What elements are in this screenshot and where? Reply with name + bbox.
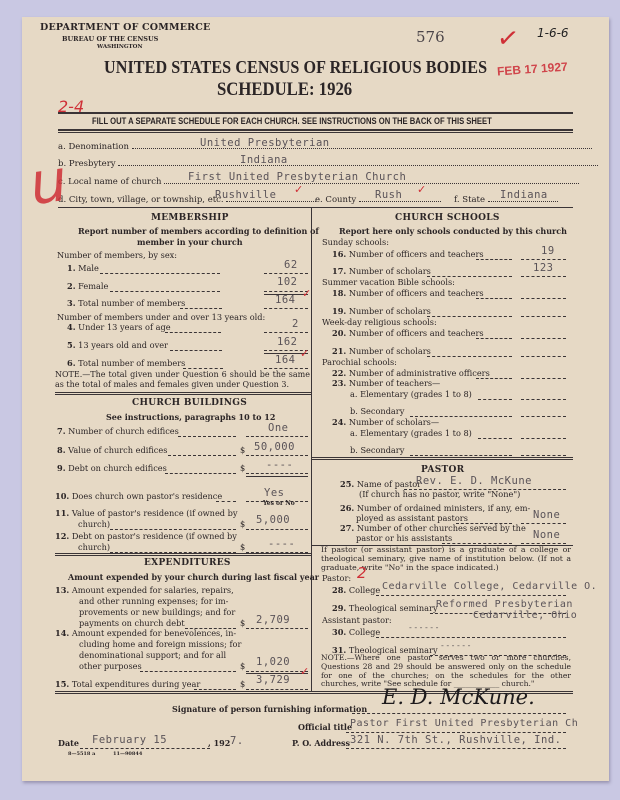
po-address-value[interactable]: 321 N. 7th St., Rushville, Ind.	[350, 734, 561, 746]
q25-pastor-name-value[interactable]: Rev. E. D. McKune	[416, 475, 532, 487]
q13-answer-line	[246, 627, 308, 629]
weekday-schools-label: Week-day religious schools:	[322, 317, 437, 327]
q30-label: 30. College	[332, 627, 380, 637]
sunday-schools-label: Sunday schools:	[322, 237, 389, 247]
q19-answer-line[interactable]	[521, 315, 566, 317]
q10-leader	[216, 500, 236, 502]
q9-dollar-sign: $	[240, 463, 245, 473]
summer-schools-label: Summer vacation Bible schools:	[322, 277, 455, 287]
q12-label-2: church)	[78, 542, 110, 552]
q13-label-2: and other running expenses; for im-	[79, 596, 228, 606]
q8-dollar-sign: $	[240, 445, 245, 455]
q17-value[interactable]: 123	[533, 262, 553, 274]
form-code-2: 11—90844	[113, 751, 142, 757]
q22-answer-line[interactable]	[521, 377, 566, 379]
q24b-leader	[410, 454, 512, 456]
q20-answer-line[interactable]	[521, 337, 566, 339]
q5-label: 5. 13 years old and over	[67, 340, 168, 350]
q1-male-value[interactable]: 62	[284, 259, 298, 271]
date-value[interactable]: February 15	[92, 734, 167, 746]
q24-label: 24. Number of scholars—	[332, 417, 439, 427]
q7-label: 7. Number of church edifices	[57, 426, 179, 436]
q29-seminary-value[interactable]: Reformed Presbyterian	[436, 599, 573, 610]
document-title: UNITED STATES CENSUS OF RELIGIOUS BODIES	[104, 57, 487, 78]
membership-subtitle-2: member in your church	[137, 237, 243, 247]
presbytery-label: b. Presbytery	[58, 157, 598, 169]
q4-label: 4. Under 13 years of age	[67, 322, 171, 332]
church-schools-subtitle: Report here only schools conducted by th…	[339, 226, 567, 236]
official-title-label: Official title	[298, 722, 352, 732]
q23a-answer-line[interactable]	[521, 398, 566, 400]
city-label: d. City, town, village, or township, etc…	[58, 193, 316, 205]
q24b-answer-line[interactable]	[521, 454, 566, 456]
q29-label: 29. Theological seminary	[332, 603, 438, 613]
q6-leader	[183, 367, 223, 369]
membership-title: MEMBERSHIP	[151, 213, 229, 223]
q8-leader	[168, 454, 236, 456]
q20-leader	[476, 337, 512, 339]
q13-label-3: provements or new buildings; and for	[79, 607, 235, 617]
q15-answer-line	[246, 688, 308, 690]
q24a-answer-line[interactable]	[521, 437, 566, 439]
q11-label-2: church)	[78, 519, 110, 529]
membership-note: NOTE.—The total given under Question 6 s…	[55, 370, 310, 390]
q28-label: 28. College	[332, 585, 380, 595]
membership-divider	[55, 392, 311, 395]
q31-seminary-value[interactable]: ------	[440, 641, 472, 650]
q7-leader	[178, 435, 236, 437]
q27-label: 27. Number of other churches served by t…	[340, 523, 526, 533]
q14-label: 14. Amount expended for benevolences, in…	[55, 628, 236, 638]
q6-answer-line	[264, 367, 308, 369]
q15-total-expenditures-value[interactable]: 3,729	[256, 674, 290, 686]
header-rule-bottom	[58, 129, 573, 131]
pencil-code: 1-6-6	[537, 26, 569, 40]
red-check-city: ✓	[294, 183, 303, 196]
q19-label: 19. Number of scholars	[332, 306, 431, 316]
membership-subtitle-1: Report number of members according to de…	[78, 226, 319, 236]
bureau-heading: BUREAU OF THE CENSUS	[62, 35, 158, 43]
church-buildings-title: CHURCH BUILDINGS	[132, 398, 247, 408]
q26-label: 26. Number of ordained ministers, if any…	[340, 503, 530, 513]
q4-leader	[165, 331, 221, 333]
q3-label: 3. Total number of members	[67, 298, 185, 308]
q21-label: 21. Number of scholars	[332, 346, 431, 356]
q3-answer-line	[264, 307, 308, 309]
q30-answer-line	[376, 636, 566, 638]
q2-female-value[interactable]: 102	[277, 276, 297, 288]
q14-label-2: cluding home and foreign missions; for	[79, 639, 241, 649]
q9-underline	[246, 476, 308, 477]
q14-label-4: other purposes	[79, 661, 142, 671]
q18-answer-line[interactable]	[521, 297, 566, 299]
q27-answer-line	[521, 542, 566, 544]
red-check-q14: ✓	[300, 665, 309, 678]
q13-label: 13. Amount expended for salaries, repair…	[55, 585, 234, 595]
official-title-value[interactable]: Pastor First United Presbyterian Ch	[350, 718, 578, 729]
expenditures-subtitle: Amount expended by your church during la…	[68, 572, 319, 582]
q8-edifice-value[interactable]: 50,000	[254, 441, 295, 453]
q2-label: 2. Female	[67, 281, 108, 291]
q3-total-value[interactable]: 164	[275, 294, 295, 306]
q18-label: 18. Number of officers and teachers	[332, 288, 484, 298]
signature[interactable]: E. D. McKune.	[382, 685, 535, 709]
official-title-line	[346, 731, 566, 733]
q15-dollar-sign: $	[240, 679, 245, 689]
q13-running-expenses-value[interactable]: 2,709	[256, 614, 290, 626]
q26-assistants-value[interactable]: None	[533, 509, 560, 521]
q9-leader	[165, 472, 236, 474]
q2-leader	[110, 290, 220, 292]
q10-label: 10. Does church own pastor's residence	[55, 491, 222, 501]
q5-leader	[170, 349, 222, 351]
q1-answer-line	[264, 272, 308, 274]
q10-residence-value[interactable]: Yes	[264, 487, 284, 499]
red-check-county: ✓	[417, 183, 426, 196]
red-mark-2: 2	[357, 564, 367, 582]
q21-leader	[427, 355, 512, 357]
q5-13-and-over-value[interactable]: 162	[277, 336, 297, 348]
q27-other-churches-value[interactable]: None	[533, 529, 560, 541]
county-value[interactable]: Rush	[375, 189, 402, 201]
q14-dollar-sign: $	[240, 661, 245, 671]
year-suffix[interactable]: 7.	[230, 735, 244, 747]
q16-label: 16. Number of officers and teachers	[332, 249, 484, 259]
q27-label-2: pastor or his assistants	[356, 533, 452, 543]
year-prefix: , 192	[208, 738, 230, 748]
q8-label: 8. Value of church edifices	[57, 445, 167, 455]
form-code-1: 8—5518 a	[68, 751, 95, 757]
q26-answer-line	[521, 522, 566, 524]
q14-leader	[140, 670, 236, 672]
buildings-divider	[55, 553, 311, 556]
q23a-label: a. Elementary (grades 1 to 8)	[350, 389, 472, 399]
q24a-leader	[478, 437, 512, 439]
header-rule-bottom-2	[58, 132, 573, 133]
q22-leader	[476, 377, 512, 379]
department-heading: DEPARTMENT OF COMMERCE	[40, 22, 210, 33]
red-check-q3: ✓	[302, 287, 311, 300]
local-name-value[interactable]: First United Presbyterian Church	[188, 171, 406, 183]
q24a-label: a. Elementary (grades 1 to 8)	[350, 428, 472, 438]
q7-edifices-value[interactable]: One	[268, 422, 288, 434]
q4-under-13-value[interactable]: 2	[292, 318, 299, 330]
q6-total-value[interactable]: 164	[275, 354, 295, 366]
q28-answer-line	[376, 594, 566, 596]
q11-label: 11. Value of pastor's residence (if owne…	[55, 508, 238, 518]
q17-answer-line	[521, 275, 566, 277]
q21-answer-line[interactable]	[521, 355, 566, 357]
schools-divider	[311, 457, 573, 460]
po-address-label: P. O. Address	[292, 738, 350, 748]
q17-label: 17. Number of scholars	[332, 266, 431, 276]
signature-line	[352, 712, 566, 714]
q9-label: 9. Debt on church edifices	[57, 463, 167, 473]
q16-answer-line	[521, 258, 566, 260]
q11-answer-line	[246, 528, 308, 530]
q18-leader	[476, 297, 512, 299]
q26-label-2: ployed as assistant pastors	[356, 513, 468, 523]
church-buildings-subtitle: See instructions, paragraphs 10 to 12	[106, 412, 275, 422]
q14-answer-line	[246, 670, 308, 672]
q11-leader	[110, 528, 236, 530]
q25-hint: (If church has no pastor, write "None")	[359, 489, 520, 499]
q22-label: 22. Number of administrative officers	[332, 368, 490, 378]
q23b-answer-line[interactable]	[521, 415, 566, 417]
q12-debt-value[interactable]: ----	[268, 538, 295, 550]
by-sex-label: Number of members, by sex:	[57, 250, 177, 260]
q7-answer-line	[246, 435, 308, 437]
date-label: Date	[58, 738, 79, 748]
pastor-label: Pastor:	[322, 573, 351, 583]
q12-label: 12. Debt on pastor's residence (if owned…	[55, 531, 237, 541]
age-label: Number of members under and over 13 year…	[57, 312, 265, 322]
q19-leader	[427, 315, 512, 317]
q29-seminary-location[interactable]: Cedarville, Ohio	[473, 610, 577, 621]
header-rule-top	[58, 112, 573, 114]
pastor-note: NOTE.—Where one pastor serves two or mor…	[321, 654, 571, 689]
q1-leader	[100, 272, 220, 274]
denomination-value[interactable]: United Presbyterian	[200, 137, 330, 149]
assistant-pastor-label: Assistant pastor:	[322, 615, 392, 625]
church-schools-title: CHURCH SCHOOLS	[395, 213, 500, 223]
section-divider-top	[58, 207, 573, 208]
po-address-line	[346, 747, 566, 749]
instructions-banner: FILL OUT A SEPARATE SCHEDULE FOR EACH CH…	[92, 116, 492, 126]
presbytery-value[interactable]: Indiana	[240, 154, 288, 166]
q3-leader	[180, 307, 222, 309]
q14-benevolences-value[interactable]: 1,020	[256, 656, 290, 668]
column-divider	[311, 208, 312, 691]
state-value[interactable]: Indiana	[500, 189, 548, 201]
q13-label-4: payments on church debt	[79, 618, 185, 628]
signature-label: Signature of person furnishing informati…	[172, 704, 367, 714]
q10-hint: Yes or No	[263, 500, 295, 507]
q30-college-value[interactable]: ------	[408, 623, 440, 632]
red-check-q6: ✓	[300, 347, 309, 360]
q23b-label: b. Secondary	[350, 406, 404, 416]
q23-label: 23. Number of teachers—	[332, 378, 440, 388]
serial-number: 576	[416, 28, 445, 46]
q23a-leader	[478, 398, 512, 400]
q11-residence-value[interactable]: 5,000	[256, 514, 290, 526]
q12-dollar-sign: $	[240, 542, 245, 552]
q6-label: 6. Total number of members	[67, 358, 185, 368]
q9-debt-value[interactable]: ----	[266, 459, 293, 471]
schedule-title: SCHEDULE: 1926	[217, 79, 352, 101]
city-heading: WASHINGTON	[97, 44, 142, 50]
q15-leader	[194, 688, 236, 690]
q8-answer-line	[246, 454, 308, 456]
q16-value[interactable]: 19	[541, 245, 555, 257]
q1-label: 1. Male	[67, 263, 99, 273]
q4-answer-line	[264, 331, 308, 333]
q15-label: 15. Total expenditures during year	[55, 679, 200, 689]
pastor-title: PASTOR	[421, 465, 464, 475]
city-value[interactable]: Rushville	[215, 189, 276, 201]
date-line	[80, 747, 210, 749]
q11-dollar-sign: $	[240, 519, 245, 529]
q28-college-value[interactable]: Cedarville College, Cedarville O.	[382, 581, 597, 592]
q9-answer-line	[246, 472, 308, 474]
q20-label: 20. Number of officers and teachers	[332, 328, 484, 338]
q24b-label: b. Secondary	[350, 445, 404, 455]
q16-leader	[476, 258, 512, 260]
red-check-mark-top: ✓	[495, 23, 521, 56]
q27-leader	[442, 542, 512, 544]
q14-label-3: denominational support; and for all	[79, 650, 226, 660]
parochial-schools-label: Parochial schools:	[322, 357, 397, 367]
q13-dollar-sign: $	[240, 618, 245, 628]
expenditures-title: EXPENDITURES	[144, 558, 231, 568]
